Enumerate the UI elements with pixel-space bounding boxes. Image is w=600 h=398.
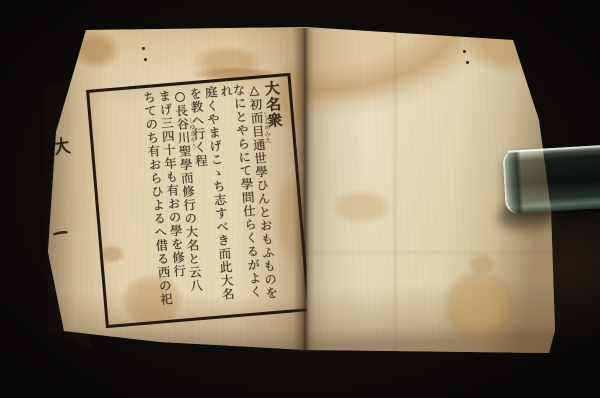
- pinhole-speck: [142, 47, 145, 50]
- furigana-annotation: しゆぎやう: [188, 117, 197, 150]
- center-fold-shadow: [293, 28, 315, 352]
- text-columns: 大名衆 △初而目通世學ひんとおもふものを しよめみえ なにとやらにて學問仕らくる…: [94, 79, 301, 321]
- pinhole-speck: [466, 61, 469, 64]
- printed-text-block: 大名衆 △初而目通世學ひんとおもふものを しよめみえ なにとやらにて學問仕らくる…: [86, 73, 310, 328]
- glass-plate: [502, 142, 600, 214]
- edge-title-char-icon: [53, 136, 71, 156]
- pinhole-speck: [144, 58, 147, 61]
- glass-left-edge: [502, 150, 524, 214]
- furigana-annotation: しよめみえ: [262, 110, 271, 143]
- edge-page-number-icon: [53, 228, 69, 238]
- pinhole-speck: [463, 50, 466, 53]
- photograph-of-open-book: { "scene": { "subject": "Opened antique …: [0, 0, 600, 398]
